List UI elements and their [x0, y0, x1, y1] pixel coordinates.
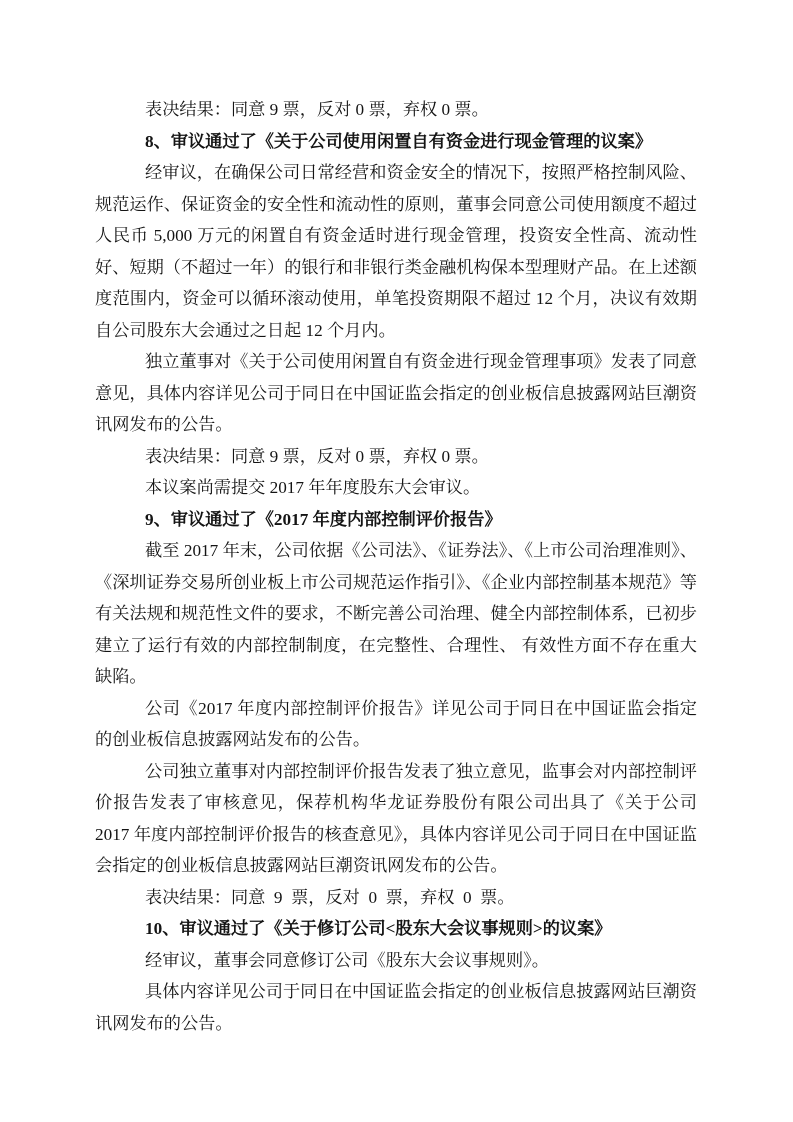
- paragraph: 表决结果：同意 9 票，反对 0 票，弃权 0 票。: [95, 441, 697, 473]
- document-page: 表决结果：同意 9 票，反对 0 票，弃权 0 票。8、审议通过了《关于公司使用…: [0, 0, 793, 1122]
- document-body: 表决结果：同意 9 票，反对 0 票，弃权 0 票。8、审议通过了《关于公司使用…: [95, 94, 697, 1039]
- paragraph: 截至 2017 年末，公司依据《公司法》、《证券法》、《上市公司治理准则》、《深…: [95, 535, 697, 693]
- resolution-heading: 8、审议通过了《关于公司使用闲置自有资金进行现金管理的议案》: [95, 126, 697, 158]
- paragraph: 具体内容详见公司于同日在中国证监会指定的创业板信息披露网站巨潮资讯网发布的公告。: [95, 976, 697, 1039]
- paragraph: 经审议，董事会同意修订公司《股东大会议事规则》。: [95, 945, 697, 977]
- resolution-heading: 9、审议通过了《2017 年度内部控制评价报告》: [95, 504, 697, 536]
- paragraph: 本议案尚需提交 2017 年年度股东大会审议。: [95, 472, 697, 504]
- paragraph: 表决结果：同意 9 票，反对 0 票，弃权 0 票。: [95, 882, 697, 914]
- paragraph: 经审议，在确保公司日常经营和资金安全的情况下，按照严格控制风险、规范运作、保证资…: [95, 157, 697, 346]
- resolution-heading: 10、审议通过了《关于修订公司<股东大会议事规则>的议案》: [95, 913, 697, 945]
- paragraph: 表决结果：同意 9 票，反对 0 票，弃权 0 票。: [95, 94, 697, 126]
- paragraph: 公司独立董事对内部控制评价报告发表了独立意见，监事会对内部控制评价报告发表了审核…: [95, 756, 697, 882]
- paragraph: 公司《2017 年度内部控制评价报告》详见公司于同日在中国证监会指定的创业板信息…: [95, 693, 697, 756]
- paragraph: 独立董事对《关于公司使用闲置自有资金进行现金管理事项》发表了同意意见，具体内容详…: [95, 346, 697, 441]
